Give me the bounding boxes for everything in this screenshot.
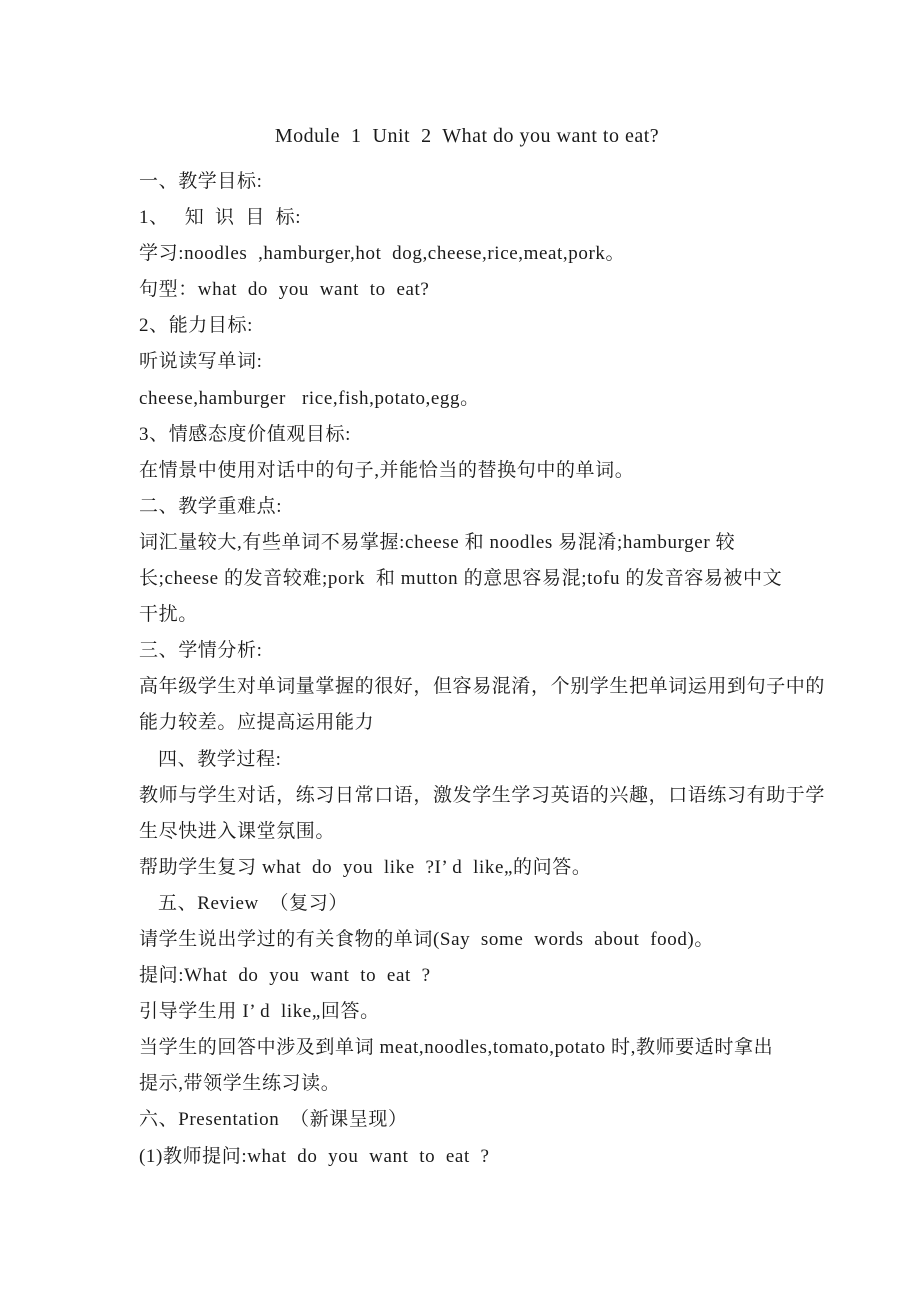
text-line: 提问:What do you want to eat ? <box>139 958 795 994</box>
text-line: 听说读写单词: <box>139 344 795 380</box>
text-line: 词汇量较大,有些单词不易掌握:cheese 和 noodles 易混淆;hamb… <box>139 525 795 561</box>
document-page: Module 1 Unit 2 What do you want to eat?… <box>0 0 920 1302</box>
text-line: 学习:noodles ,hamburger,hot dog,cheese,ric… <box>139 236 795 272</box>
text-line: 三、学情分析: <box>139 633 795 669</box>
text-line: 二、教学重难点: <box>139 489 795 525</box>
text-line: 3、情感态度价值观目标: <box>139 417 795 453</box>
text-line: 一、教学目标: <box>139 164 795 200</box>
text-line: 句型：what do you want to eat? <box>139 272 795 308</box>
text-line: 高年级学生对单词量掌握的很好，但容易混淆，个别学生把单词运用到句子中的 <box>139 669 795 705</box>
text-line: 请学生说出学过的有关食物的单词(Say some words about foo… <box>139 922 795 958</box>
text-line: 引导学生用 I’ d like„回答。 <box>139 994 795 1030</box>
text-line: 在情景中使用对话中的句子,并能恰当的替换句中的单词。 <box>139 453 795 489</box>
text-line: cheese,hamburger rice,fish,potato,egg。 <box>139 381 795 417</box>
document-body: 一、教学目标:1、 知 识 目 标:学习:noodles ,hamburger,… <box>139 164 795 1175</box>
text-line: 2、能力目标: <box>139 308 795 344</box>
text-line: 帮助学生复习 what do you like ?I’ d like„的问答。 <box>139 850 795 886</box>
text-line: 提示,带领学生练习读。 <box>139 1066 795 1102</box>
text-line: (1)教师提问:what do you want to eat ? <box>139 1139 795 1175</box>
document-title: Module 1 Unit 2 What do you want to eat? <box>139 118 795 155</box>
text-line: 五、Review （复习） <box>139 886 795 922</box>
text-line: 当学生的回答中涉及到单词 meat,noodles,tomato,potato … <box>139 1030 795 1066</box>
text-line: 能力较差。应提高运用能力 <box>139 705 795 741</box>
document-content: Module 1 Unit 2 What do you want to eat?… <box>139 118 795 1175</box>
text-line: 六、Presentation （新课呈现） <box>139 1102 795 1138</box>
text-line: 长;cheese 的发音较难;pork 和 mutton 的意思容易混;tofu… <box>139 561 795 597</box>
text-line: 干扰。 <box>139 597 795 633</box>
text-line: 生尽快进入课堂氛围。 <box>139 814 795 850</box>
text-line: 1、 知 识 目 标: <box>139 200 795 236</box>
text-line: 教师与学生对话，练习日常口语，激发学生学习英语的兴趣，口语练习有助于学 <box>139 778 795 814</box>
text-line: 四、教学过程: <box>139 742 795 778</box>
